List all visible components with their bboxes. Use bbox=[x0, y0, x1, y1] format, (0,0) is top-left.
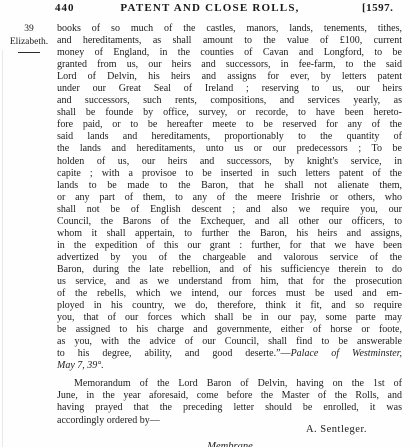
body-line: be assigned to his charge and government… bbox=[57, 324, 402, 336]
body-line-segment: of the rebells, which we intend, our for… bbox=[57, 288, 402, 299]
margin-note-monarch: Elizabeth. bbox=[4, 36, 54, 49]
body-line-segment: said lands and hereditaments, proportion… bbox=[57, 131, 402, 142]
body-line: Lord of Delvin, his heirs and assigns fo… bbox=[57, 71, 402, 83]
body-line-segment: Baron, during the late rebellion, and of… bbox=[57, 264, 402, 275]
year-marker: [1597. bbox=[362, 2, 393, 14]
body-line-segment: under our Great Seal of Ireland ; reserv… bbox=[57, 83, 402, 94]
body-line-segment: or any part of them, to any of the meere… bbox=[57, 192, 402, 203]
margin-note-regnal-year: 39 bbox=[4, 23, 54, 36]
scan-edge-line bbox=[2, 50, 3, 447]
body-line-segment: to his degree, ability, and good deserte… bbox=[57, 348, 291, 359]
body-line: and hereditaments, as shall amount to th… bbox=[57, 35, 402, 47]
body-line: shall not be of English descent ; and al… bbox=[57, 204, 402, 216]
running-head-title: PATENT AND CLOSE ROLLS, bbox=[120, 2, 300, 14]
body-line: capite ; with a provisoe to be inserted … bbox=[57, 168, 402, 180]
body-line: Council, the Barons of the Exchequer, an… bbox=[57, 216, 402, 228]
body-line: books of so much of the castles, manors,… bbox=[57, 23, 402, 35]
body-line-italic-segment: May 7, 39°. bbox=[57, 360, 104, 371]
body-line: said lands and hereditaments, proportion… bbox=[57, 131, 402, 143]
body-line: and successors, such rents, compositions… bbox=[57, 95, 402, 107]
margin-note-rule bbox=[18, 52, 40, 53]
body-line: having prayed that the preceding letter … bbox=[57, 402, 402, 414]
body-paragraph: books of so much of the castles, manors,… bbox=[57, 23, 402, 372]
body-line-segment: ployed in his country, we do, therefore,… bbox=[57, 300, 402, 311]
body-line: May 7, 39°. bbox=[57, 360, 402, 372]
body-line-segment: granted from us, our heirs and successor… bbox=[57, 59, 402, 70]
margin-note: 39 Elizabeth. bbox=[4, 23, 54, 53]
body-line-segment: June, in the year aforesaid, come before… bbox=[57, 390, 402, 401]
body-line-italic-segment: Palace of Westminster, bbox=[291, 348, 402, 359]
body-line-segment: you, that of our forces which shall be i… bbox=[57, 312, 402, 323]
body-line-segment: holden of us, our heirs and successors, … bbox=[57, 156, 402, 167]
body-line: June, in the year aforesaid, come before… bbox=[57, 390, 402, 402]
body-line: you, that of our forces which shall be i… bbox=[57, 312, 402, 324]
clipped-bottom-text: Membrane bbox=[170, 441, 290, 447]
body-line-segment: be assigned to his charge and government… bbox=[57, 324, 402, 335]
document-page: 440 PATENT AND CLOSE ROLLS, [1597. 39 El… bbox=[0, 0, 420, 447]
signature: A. Sentleger. bbox=[57, 424, 367, 435]
page-number: 440 bbox=[55, 2, 75, 14]
body-line: whom it shall appertain, to further the … bbox=[57, 228, 402, 240]
body-line: under our Great Seal of Ireland ; reserv… bbox=[57, 83, 402, 95]
body-line-segment: shall not be of English descent ; and al… bbox=[57, 204, 402, 215]
body-line-segment: and successors, such rents, compositions… bbox=[57, 95, 402, 106]
page-header: 440 PATENT AND CLOSE ROLLS, [1597. bbox=[0, 2, 420, 18]
body-line-segment: in the expedition of this our grant : fu… bbox=[57, 240, 402, 251]
body-line-segment: lands to be made to the Baron, that he s… bbox=[57, 180, 402, 191]
body-line-segment: books of so much of the castles, manors,… bbox=[57, 23, 402, 34]
body-line-segment: and hereditaments, as shall amount to th… bbox=[57, 35, 402, 46]
body-text: books of so much of the castles, manors,… bbox=[57, 23, 402, 427]
body-line: Memorandum of the Lord Baron of Delvin, … bbox=[57, 378, 402, 390]
body-paragraph: Memorandum of the Lord Baron of Delvin, … bbox=[57, 378, 402, 426]
body-line: ployed in his country, we do, therefore,… bbox=[57, 300, 402, 312]
body-line: us service, and as we understand from hi… bbox=[57, 276, 402, 288]
body-line-segment: Lord of Delvin, his heirs and assigns fo… bbox=[57, 71, 402, 82]
body-line: or any part of them, to any of the meere… bbox=[57, 192, 402, 204]
body-line-segment: fore paid, or to be hereafter meete to b… bbox=[57, 119, 402, 130]
body-line: money of England, in the counties of Cav… bbox=[57, 47, 402, 59]
body-line-segment: Memorandum of the Lord Baron of Delvin, … bbox=[74, 378, 402, 389]
body-line: as you, with the advice of our Council, … bbox=[57, 336, 402, 348]
body-line-segment: having prayed that the preceding letter … bbox=[57, 402, 402, 413]
body-line: to his degree, ability, and good deserte… bbox=[57, 348, 402, 360]
body-line-segment: whom it shall appertain, to further the … bbox=[57, 228, 402, 239]
body-line-segment: shall be founde by office, survey, or re… bbox=[57, 107, 402, 118]
body-line-segment: advertized by you of the chargeable and … bbox=[57, 252, 402, 263]
body-line: lands to be made to the Baron, that he s… bbox=[57, 180, 402, 192]
body-line: fore paid, or to be hereafter meete to b… bbox=[57, 119, 402, 131]
body-line-segment: capite ; with a provisoe to be inserted … bbox=[57, 168, 402, 179]
body-line: the lands and hereditaments, unto us or … bbox=[57, 143, 402, 155]
body-line-segment: money of England, in the counties of Cav… bbox=[57, 47, 402, 58]
body-line-segment: Council, the Barons of the Exchequer, an… bbox=[57, 216, 402, 227]
body-line: in the expedition of this our grant : fu… bbox=[57, 240, 402, 252]
body-line: granted from us, our heirs and successor… bbox=[57, 59, 402, 71]
body-line-segment: the lands and hereditaments, unto us or … bbox=[57, 143, 402, 154]
body-line: Baron, during the late rebellion, and of… bbox=[57, 264, 402, 276]
body-line: advertized by you of the chargeable and … bbox=[57, 252, 402, 264]
body-line-segment: as you, with the advice of our Council, … bbox=[57, 336, 402, 347]
body-line: of the rebells, which we intend, our for… bbox=[57, 288, 402, 300]
body-line-segment: us service, and as we understand from hi… bbox=[57, 276, 402, 287]
body-line: shall be founde by office, survey, or re… bbox=[57, 107, 402, 119]
body-line: holden of us, our heirs and successors, … bbox=[57, 156, 402, 168]
